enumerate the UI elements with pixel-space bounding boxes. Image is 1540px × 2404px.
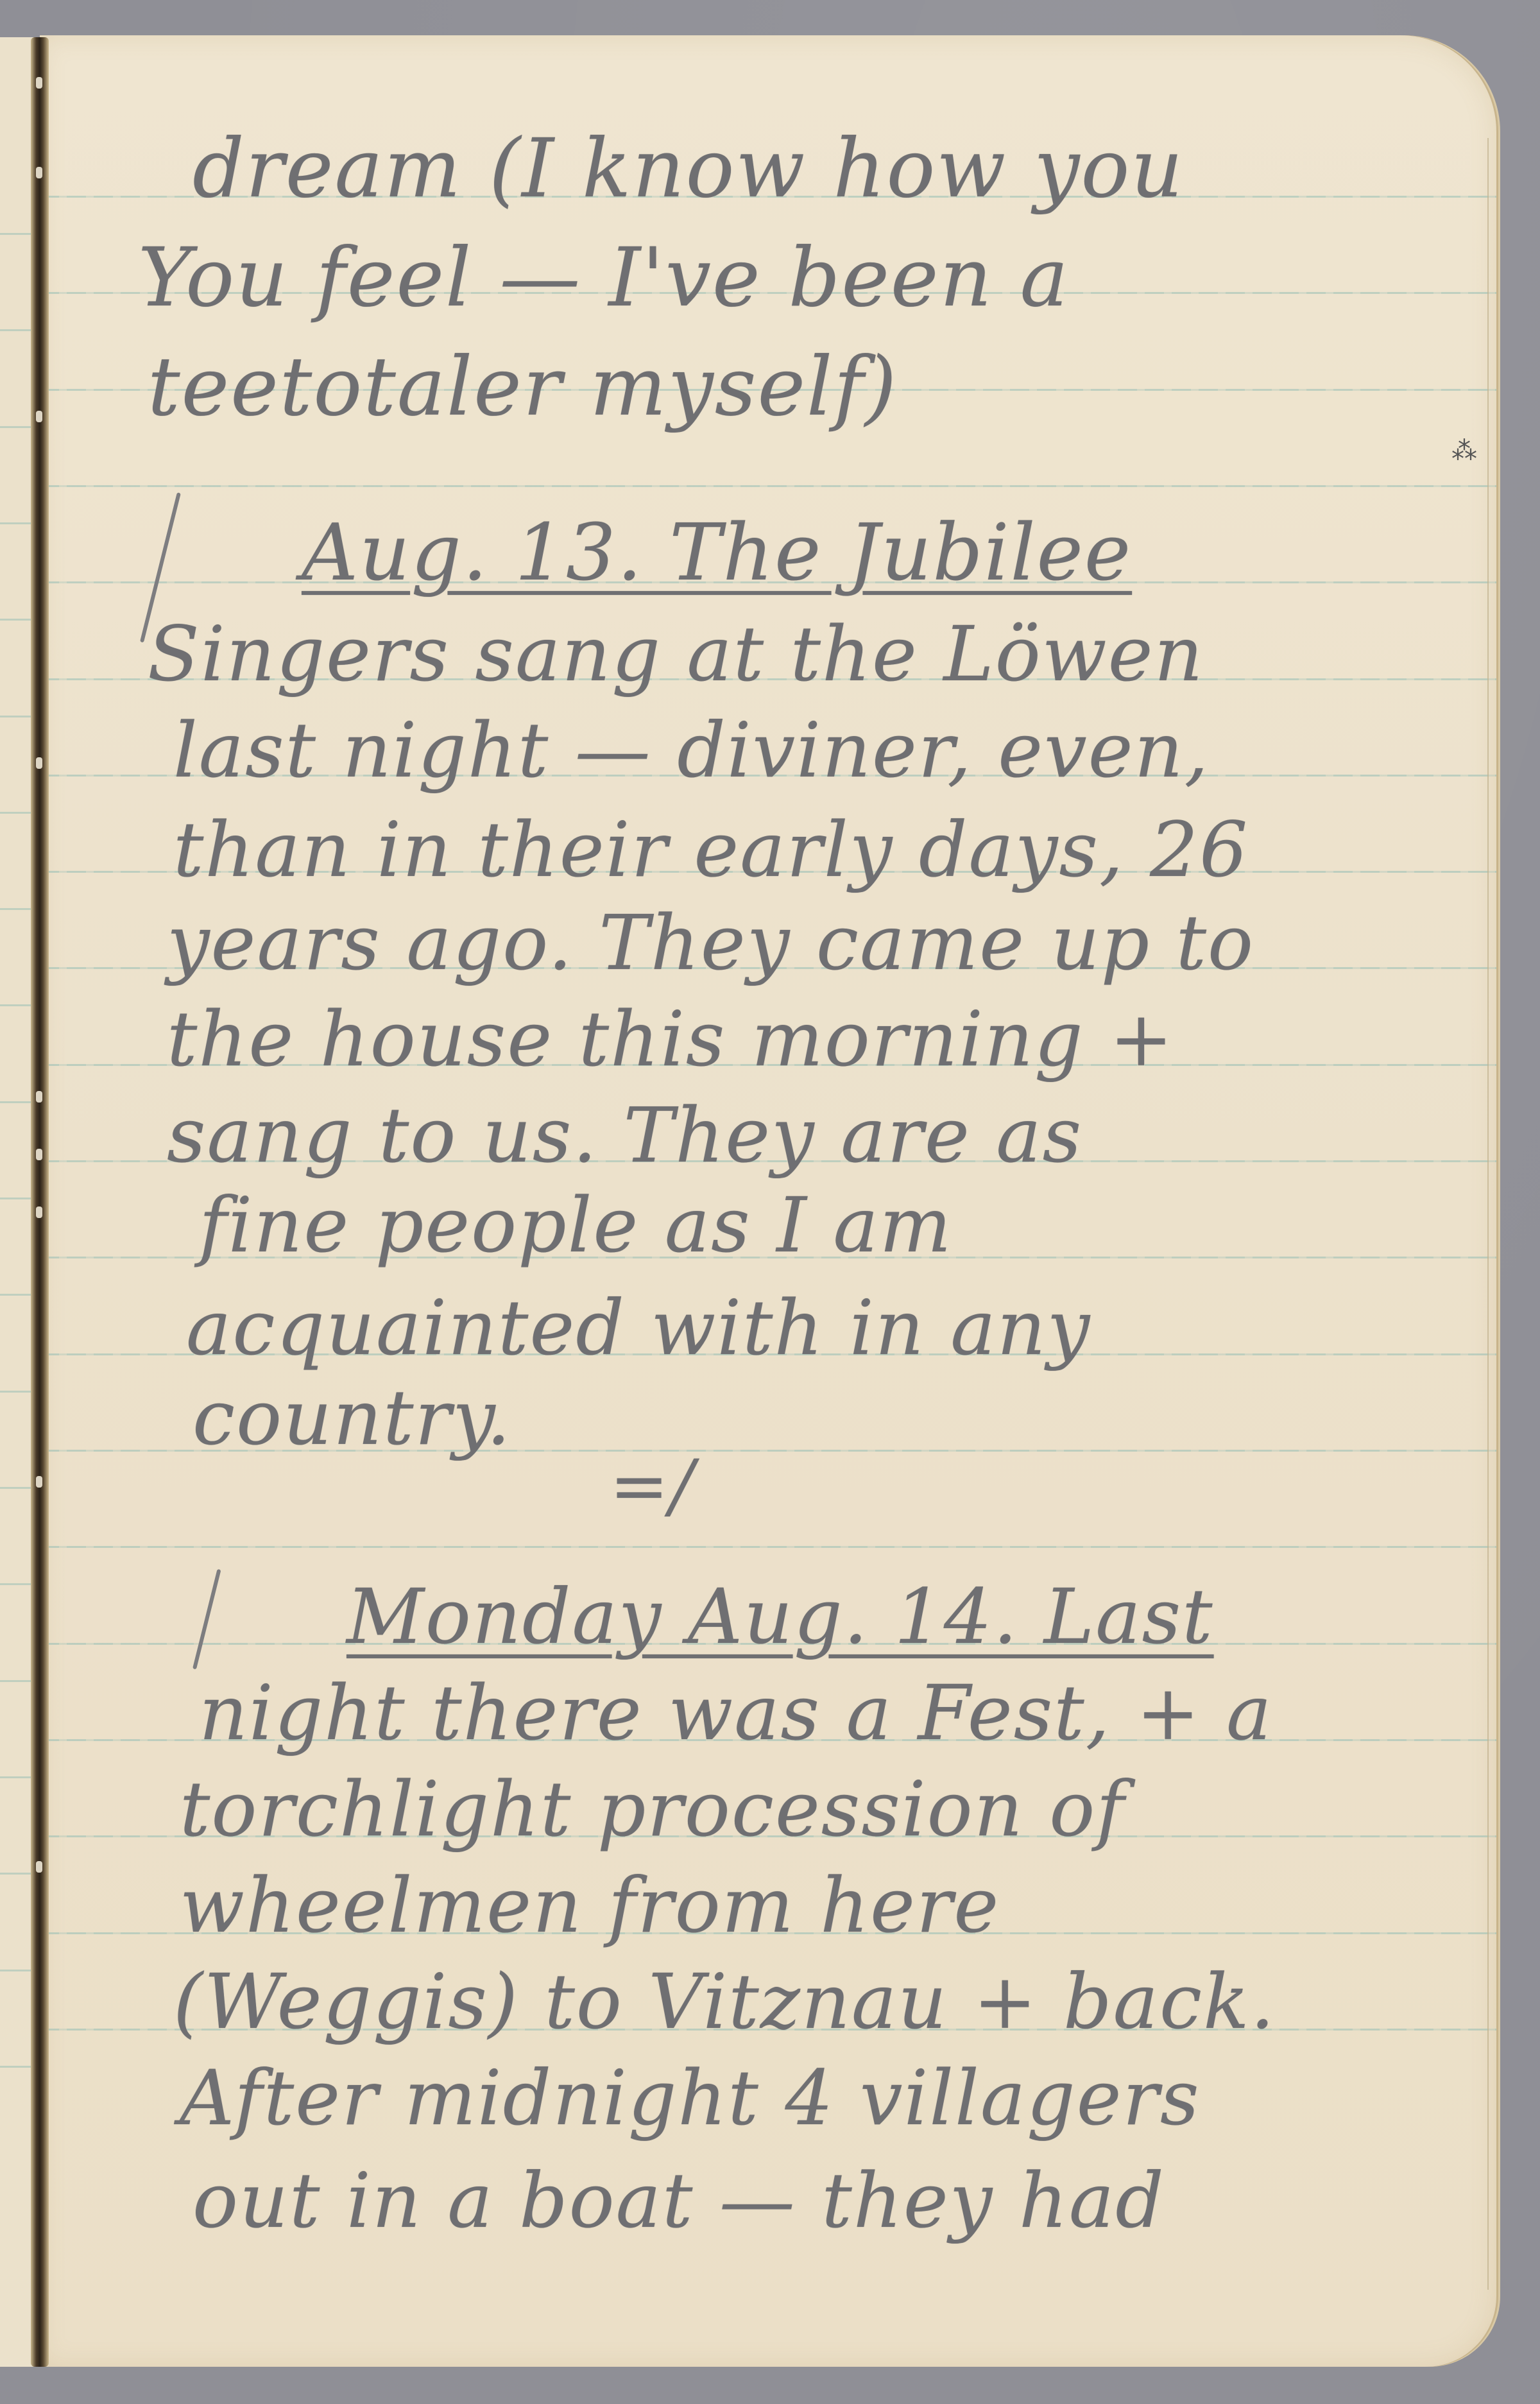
text-line: (Weggis) to Vitznau + back.	[173, 1964, 1276, 2039]
entry-end-mark: =/	[610, 1450, 695, 1521]
handwritten-text: dream (I know how you You feel — I've be…	[0, 0, 1540, 2404]
text-line: the house this morning +	[167, 1001, 1174, 1077]
text-line: After midnight 4 villagers	[180, 2060, 1201, 2136]
text-line: night there was a Fest, + a	[199, 1675, 1272, 1751]
entry-date-heading: Aug. 13. The Jubilee	[302, 513, 1132, 592]
text-line: than in their early days, 26	[173, 812, 1249, 888]
text-line: Singers sang at the Löwen	[148, 616, 1204, 692]
text-line: acquainted with in any	[186, 1290, 1091, 1366]
text-line: fine people as I am	[199, 1187, 953, 1263]
text-line: last night — diviner, even,	[173, 712, 1210, 788]
pencil-smudge: ⁂	[1451, 436, 1477, 466]
text-line: You feel — I've been a	[138, 237, 1070, 318]
text-line: wheelmen from here	[180, 1867, 1000, 1943]
entry-date-heading: Monday Aug. 14. Last	[346, 1579, 1214, 1654]
text-line: out in a boat — they had	[193, 2163, 1165, 2238]
text-line: torchlight procession of	[180, 1771, 1125, 1847]
text-line: country.	[193, 1380, 511, 1455]
text-line: teetotaler myself)	[148, 347, 898, 427]
text-line: years ago. They came up to	[167, 905, 1254, 981]
entry-start-mark	[193, 1569, 221, 1670]
text-line: dream (I know how you	[193, 128, 1184, 209]
text-line: sang to us. They are as	[167, 1097, 1082, 1173]
